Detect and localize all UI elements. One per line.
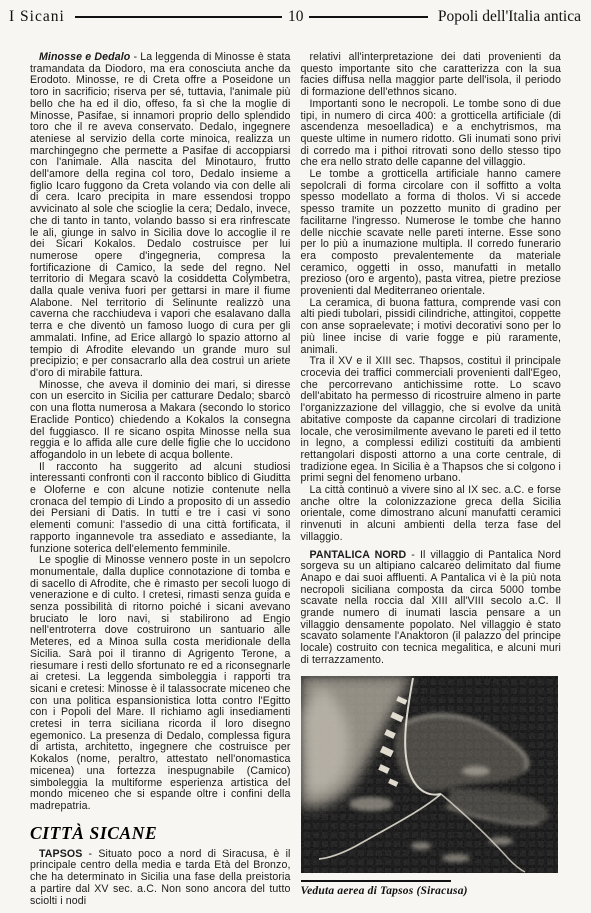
aerial-photo-thapsos — [301, 676, 558, 873]
paragraph-text: Le spoglie di Minosse vennero poste in u… — [30, 554, 291, 812]
entry-lead-minosse-dedalo: Minosse e Dedalo — [39, 51, 130, 63]
paragraph: La ceramica, di buona fattura, comprende… — [301, 298, 562, 357]
photo-caption: Veduta aerea di Tapsos (Siracusa) — [301, 885, 562, 897]
running-head: I Sicani 10 Popoli dell'Italia antica — [9, 8, 581, 26]
paragraph: Le tombe a grotticella artificiale hanno… — [301, 169, 562, 298]
paragraph: La città continuò a vivere sino al IX se… — [301, 485, 562, 544]
running-head-section-title: I Sicani — [9, 8, 75, 26]
paragraph: Importanti sono le necropoli. Le tombe s… — [301, 99, 562, 169]
header-rule-left — [75, 16, 282, 18]
section-heading-citta-sicane: CITTÀ SICANE — [30, 823, 291, 844]
running-head-book-title: Popoli dell'Italia antica — [428, 8, 581, 26]
page-number: 10 — [282, 8, 310, 26]
paragraph: Il racconto ha suggerito ad alcuni studi… — [30, 462, 291, 556]
paragraph-text: relativi all'interpretazione dei dati pr… — [301, 51, 562, 98]
paragraph-text: Minosse, che aveva il dominio dei mari, … — [30, 379, 291, 461]
caption-rule — [301, 880, 451, 882]
entry-lead-tapsos: TAPSOS — [39, 848, 82, 860]
paragraph: Tra il XV e il XIII sec. Thapsos, costit… — [301, 356, 562, 485]
paragraph-minosse-dedalo: Minosse e Dedalo - La leggenda di Minoss… — [30, 52, 291, 380]
left-column: Minosse e Dedalo - La leggenda di Minoss… — [30, 52, 291, 907]
entry-lead-pantalica-nord: PANTALICA NORD — [310, 549, 407, 561]
paragraph-pantalica-nord: PANTALICA NORD - Il villaggio di Pantali… — [301, 550, 562, 667]
header-rule-right — [309, 16, 427, 18]
paragraph: Le spoglie di Minosse vennero poste in u… — [30, 555, 291, 812]
paragraph: relativi all'interpretazione dei dati pr… — [301, 52, 562, 99]
paragraph-text: Importanti sono le necropoli. Le tombe s… — [301, 98, 562, 169]
paragraph-text: - Il villaggio di Pantalica Nord sorgeva… — [301, 549, 562, 666]
paragraph-tapsos: TAPSOS - Situato poco a nord di Siracusa… — [30, 849, 291, 908]
page-body: Minosse e Dedalo - La leggenda di Minoss… — [30, 52, 561, 907]
right-column: relativi all'interpretazione dei dati pr… — [301, 52, 562, 907]
paragraph-text: La ceramica, di buona fattura, comprende… — [301, 297, 562, 356]
paragraph-text: - La leggenda di Minosse è stata tramand… — [30, 51, 291, 379]
photo-block: Veduta aerea di Tapsos (Siracusa) — [301, 676, 562, 897]
paragraph-text: La città continuò a vivere sino al IX se… — [301, 484, 562, 543]
paragraph: Minosse, che aveva il dominio dei mari, … — [30, 380, 291, 462]
paragraph-text: Il racconto ha suggerito ad alcuni studi… — [30, 461, 291, 555]
paragraph-text: Le tombe a grotticella artificiale hanno… — [301, 168, 562, 297]
paragraph-text: Tra il XV e il XIII sec. Thapsos, costit… — [301, 355, 562, 484]
